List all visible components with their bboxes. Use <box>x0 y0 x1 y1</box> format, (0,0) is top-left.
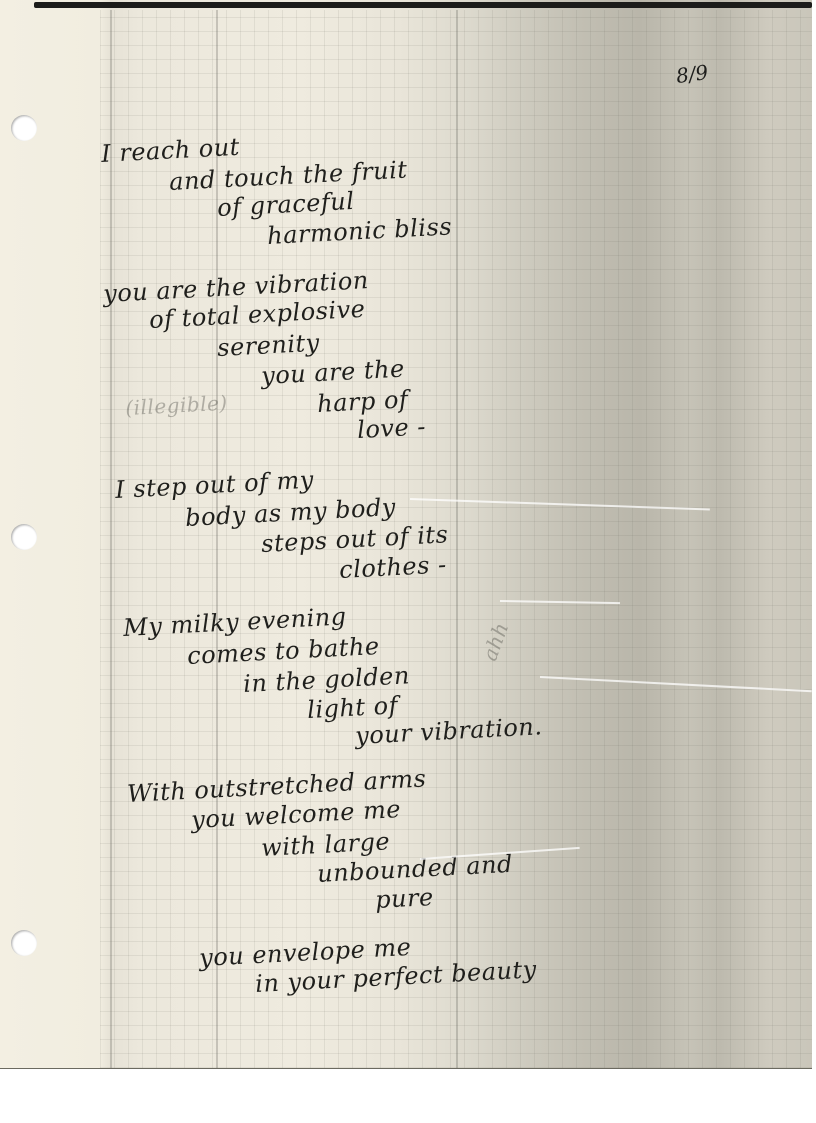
punch-hole-bottom <box>11 930 37 956</box>
notebook-page: 8/9 I reach out and touch the fruit of g… <box>0 0 812 1069</box>
grid-line <box>456 10 458 1068</box>
poem-line: pure <box>375 883 435 914</box>
punch-hole-top <box>11 115 37 141</box>
top-binding-strip <box>34 2 812 8</box>
poem-line: light of <box>307 691 399 724</box>
page-number: 8/9 <box>674 60 709 88</box>
poem-line: serenity <box>217 329 321 362</box>
poem-line: love - <box>357 412 427 444</box>
punch-hole-middle <box>11 524 37 550</box>
poem-line: clothes - <box>339 550 448 584</box>
margin-line <box>110 10 112 1068</box>
